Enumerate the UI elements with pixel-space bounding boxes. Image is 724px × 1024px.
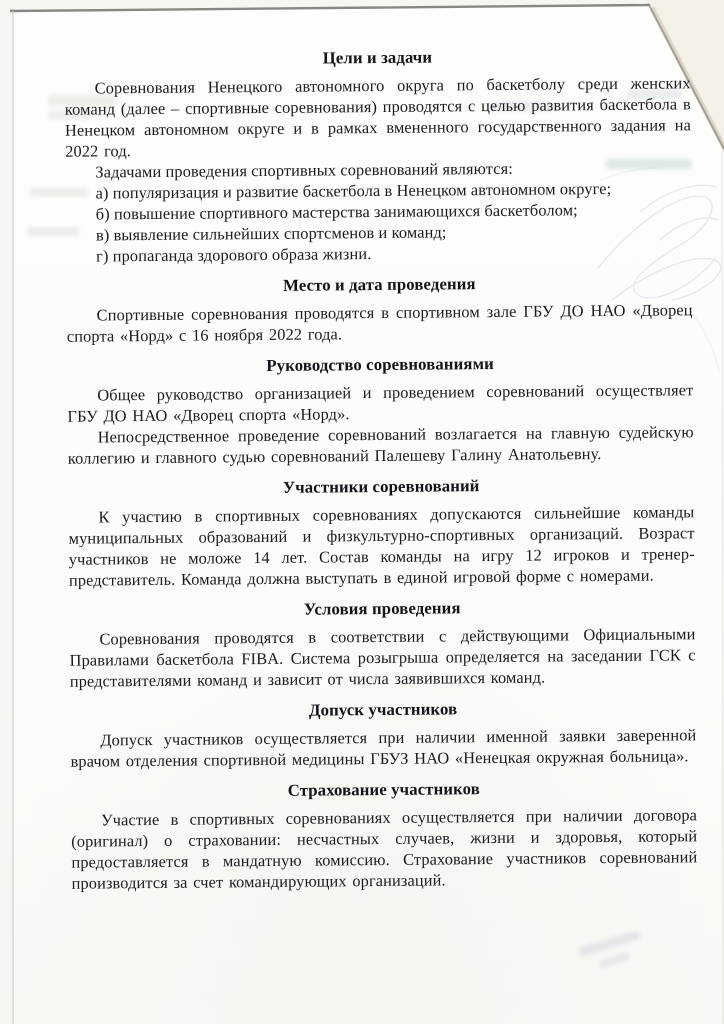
- section-participants: Участники соревнований К участию в спорт…: [68, 473, 695, 590]
- section-admission: Допуск участников Допуск участников осущ…: [70, 696, 697, 771]
- section-heading: Условия проведения: [69, 595, 695, 621]
- section-management: Руководство соревнованиями Общее руковод…: [67, 351, 694, 468]
- scanned-document-page: Цели и задачи Соревнования Ненецкого авт…: [0, 0, 724, 1024]
- section-heading: Руководство соревнованиями: [67, 351, 693, 377]
- paragraph: Участие в спортивных соревнованиях осуще…: [71, 804, 698, 893]
- section-heading: Допуск участников: [70, 696, 696, 722]
- paragraph: Допуск участников осуществляется при нал…: [70, 724, 696, 771]
- section-heading: Место и дата проведения: [66, 271, 692, 297]
- section-insurance: Страхование участников Участие в спортив…: [71, 776, 698, 893]
- paragraph: Спортивные соревнования проводятся в спо…: [67, 299, 693, 346]
- paragraph: Соревнования Ненецкого автономного округ…: [65, 72, 692, 161]
- paragraph: Общее руководство организацией и проведе…: [67, 379, 693, 426]
- section-heading: Цели и задачи: [64, 44, 690, 70]
- section-heading: Участники соревнований: [68, 473, 694, 499]
- section-venue: Место и дата проведения Спортивные сорев…: [66, 271, 693, 346]
- paragraph: Непосредственное проведение соревнований…: [68, 421, 694, 468]
- section-heading: Страхование участников: [71, 776, 697, 802]
- section-conditions: Условия проведения Соревнования проводят…: [69, 595, 696, 691]
- paragraph: Соревнования проводятся в соответствии с…: [69, 623, 696, 691]
- paragraph: К участию в спортивных соревнованиях доп…: [68, 501, 695, 590]
- section-goals: Цели и задачи Соревнования Ненецкого авт…: [64, 44, 692, 266]
- document-content: Цели и задачи Соревнования Ненецкого авт…: [64, 0, 698, 894]
- list-item: г) пропаганда здорового образа жизни.: [66, 240, 692, 266]
